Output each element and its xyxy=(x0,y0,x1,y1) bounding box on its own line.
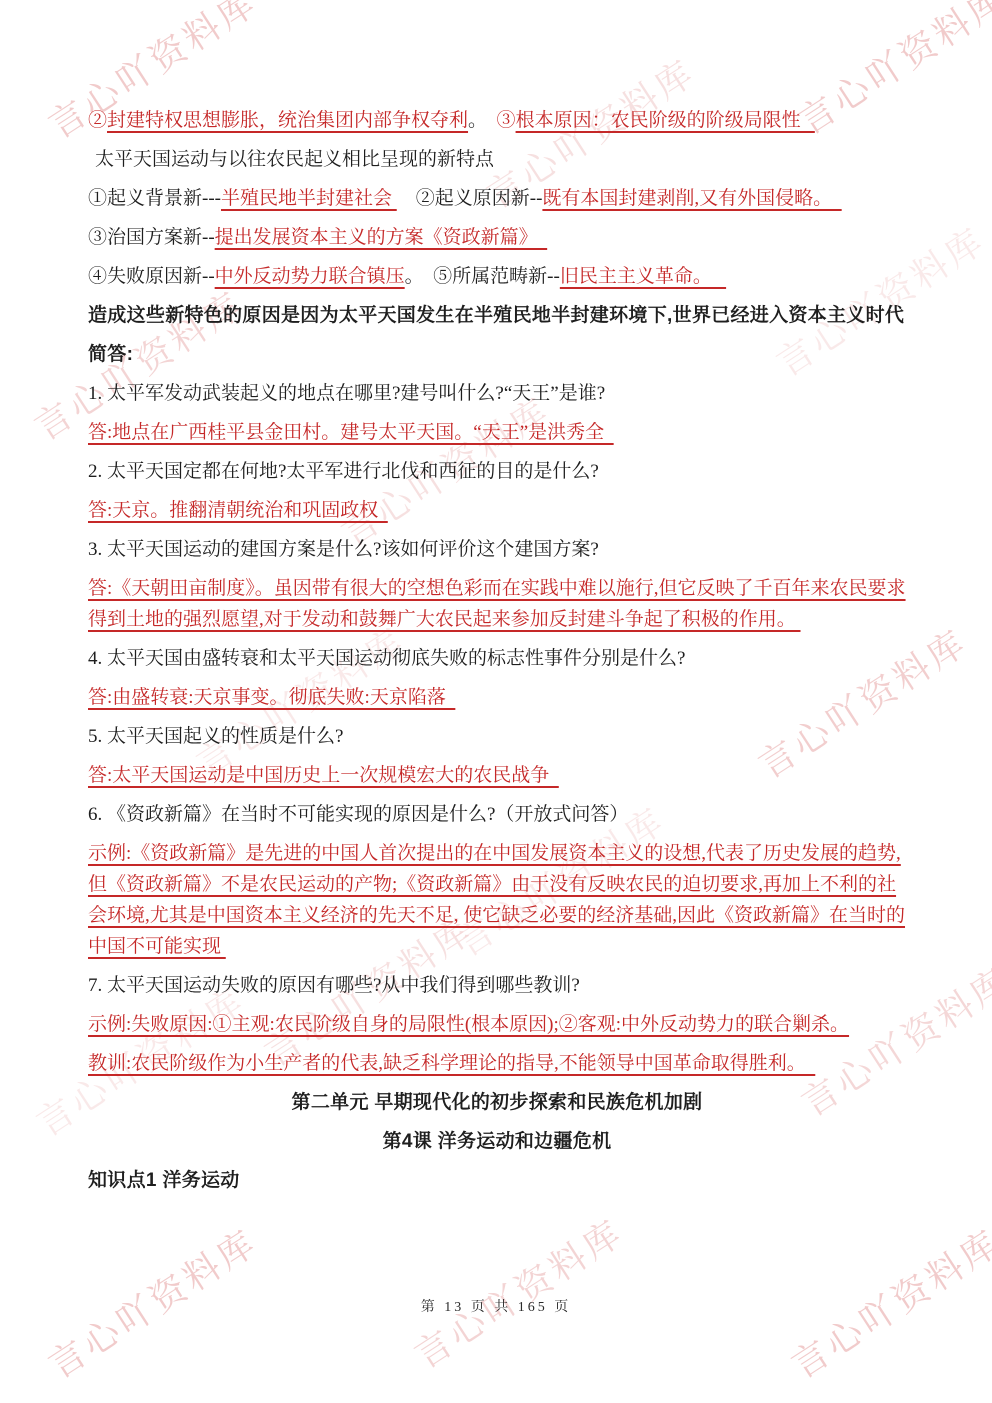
answer-7-reasons: 示例:失败原因:①主观:农民阶级自身的局限性(根本原因);②客观:中外反动势力的… xyxy=(88,1009,906,1040)
text-black: 4. 太平天国由盛转衰和太平天国运动彻底失败的标志性事件分别是什么? xyxy=(88,648,685,669)
short-answer-heading: 简答: xyxy=(88,339,906,370)
text-red-underline: 提出发展资本主义的方案《资政新篇》 xyxy=(215,227,548,248)
text-red-underline: 教训:农民阶级作为小生产者的代表,缺乏科学理论的指导,不能领导中国革命取得胜利。 xyxy=(88,1053,815,1074)
text-black: 第二单元 早期现代化的初步探索和民族危机加剧 xyxy=(292,1092,703,1113)
new-feature-1-2: ①起义背景新---半殖民地半封建社会 ②起义原因新--既有本国封建剥削,又有外国… xyxy=(88,183,906,214)
text-red-underline: 答:由盛转衰:天京事变。彻底失败:天京陷落 xyxy=(88,687,455,708)
text-black: 1. 太平军发动武装起义的地点在哪里?建号叫什么?“天王”是谁? xyxy=(88,383,605,404)
answer-7-lesson: 教训:农民阶级作为小生产者的代表,缺乏科学理论的指导,不能领导中国革命取得胜利。 xyxy=(88,1048,906,1079)
text-red: ③ xyxy=(497,110,516,131)
text-black: ④失败原因新-- xyxy=(88,266,215,287)
text-black: 7. 太平天国运动失败的原因有哪些?从中我们得到哪些教训? xyxy=(88,975,580,996)
text-black: 5. 太平天国起义的性质是什么? xyxy=(88,726,343,747)
text-black: 6. 《资政新篇》在当时不可能实现的原因是什么?（开放式问答） xyxy=(88,804,628,825)
answer-1: 答:地点在广西桂平县金田村。建号太平天国。“天王”是洪秀全 xyxy=(88,417,906,448)
text-red-underline: 示例:失败原因:①主观:农民阶级自身的局限性(根本原因);②客观:中外反动势力的… xyxy=(88,1014,849,1035)
question-7: 7. 太平天国运动失败的原因有哪些?从中我们得到哪些教训? xyxy=(88,970,906,1001)
text-red-underline: 旧民主主义革命。 xyxy=(560,266,726,287)
question-3: 3. 太平天国运动的建国方案是什么?该如何评价这个建国方案? xyxy=(88,534,906,565)
answer-5: 答:太平天国运动是中国历史上一次规模宏大的农民战争 xyxy=(88,760,906,791)
answer-3: 答:《天朝田亩制度》。虽因带有很大的空想色彩而在实践中难以施行,但它反映了千百年… xyxy=(88,573,906,635)
new-features-reason: 造成这些新特色的原因是因为太平天国发生在半殖民地半封建环境下,世界已经进入资本主… xyxy=(88,300,906,331)
question-5: 5. 太平天国起义的性质是什么? xyxy=(88,721,906,752)
text-black: ③治国方案新-- xyxy=(88,227,215,248)
text-red-underline: 答:《天朝田亩制度》。虽因带有很大的空想色彩而在实践中难以施行,但它反映了千百年… xyxy=(88,578,906,630)
document-body: ②封建特权思想膨胀，统治集团内部争权夺利。 ③根本原因：农民阶级的阶级局限性 太… xyxy=(88,105,906,1204)
text-black: 造成这些新特色的原因是因为太平天国发生在半殖民地半封建环境下,世界已经进入资本主… xyxy=(88,305,904,326)
answer-4: 答:由盛转衰:天京事变。彻底失败:天京陷落 xyxy=(88,682,906,713)
question-4: 4. 太平天国由盛转衰和太平天国运动彻底失败的标志性事件分别是什么? xyxy=(88,643,906,674)
text-red-underline: 答:地点在广西桂平县金田村。建号太平天国。“天王”是洪秀全 xyxy=(88,422,614,443)
page-footer: 第 13 页 共 165 页 xyxy=(0,1296,992,1316)
text-black: ②起义原因新-- xyxy=(397,188,543,209)
text-black: 。 xyxy=(468,110,497,131)
text-red-underline: 既有本国封建剥削,又有外国侵略。 xyxy=(542,188,841,209)
question-1: 1. 太平军发动武装起义的地点在哪里?建号叫什么?“天王”是谁? xyxy=(88,378,906,409)
text-black: 简答: xyxy=(88,344,133,365)
new-features-intro: 太平天国运动与以往农民起义相比呈现的新特点 xyxy=(88,144,906,175)
text-red-underline: 半殖民地半封建社会 xyxy=(221,188,397,209)
answer-6: 示例:《资政新篇》是先进的中国人首次提出的在中国发展资本主义的设想,代表了历史发… xyxy=(88,838,906,962)
failure-causes-2-3: ②封建特权思想膨胀，统治集团内部争权夺利。 ③根本原因：农民阶级的阶级局限性 xyxy=(88,105,906,136)
text-red-underline: 根本原因：农民阶级的阶级局限性 xyxy=(516,110,815,131)
text-black: 知识点1 洋务运动 xyxy=(88,1170,240,1191)
text-black: 2. 太平天国定都在何地?太平军进行北伐和西征的目的是什么? xyxy=(88,461,599,482)
answer-2: 答:天京。推翻清朝统治和巩固政权 xyxy=(88,495,906,526)
knowledge-point-1: 知识点1 洋务运动 xyxy=(88,1165,906,1196)
text-black: 。 ⑤所属范畴新-- xyxy=(405,266,560,287)
document-page: 言心吖资料库言心吖资料库言心吖资料库言心吖资料库言心吖资料库言心吖资料库言心吖资… xyxy=(0,0,992,1403)
lesson-4-heading: 第4课 洋务运动和边疆危机 xyxy=(88,1126,906,1157)
text-red-underline: 封建特权思想膨胀，统治集团内部争权夺利 xyxy=(107,110,468,131)
text-black: ①起义背景新--- xyxy=(88,188,221,209)
new-feature-4-5: ④失败原因新--中外反动势力联合镇压。 ⑤所属范畴新--旧民主主义革命。 xyxy=(88,261,906,292)
question-6: 6. 《资政新篇》在当时不可能实现的原因是什么?（开放式问答） xyxy=(88,799,906,830)
text-red-underline: 答:天京。推翻清朝统治和巩固政权 xyxy=(88,500,388,521)
unit-2-heading: 第二单元 早期现代化的初步探索和民族危机加剧 xyxy=(88,1087,906,1118)
text-red-underline: 中外反动势力联合镇压 xyxy=(215,266,405,287)
text-red-underline: 答:太平天国运动是中国历史上一次规模宏大的农民战争 xyxy=(88,765,559,786)
watermark-text: 言心吖资料库 xyxy=(403,1205,632,1378)
text-black: 3. 太平天国运动的建国方案是什么?该如何评价这个建国方案? xyxy=(88,539,599,560)
new-feature-3: ③治国方案新--提出发展资本主义的方案《资政新篇》 xyxy=(88,222,906,253)
text-black: 太平天国运动与以往农民起义相比呈现的新特点 xyxy=(95,149,494,170)
text-black: 第4课 洋务运动和边疆危机 xyxy=(383,1131,612,1152)
question-2: 2. 太平天国定都在何地?太平军进行北伐和西征的目的是什么? xyxy=(88,456,906,487)
text-red-underline: 示例:《资政新篇》是先进的中国人首次提出的在中国发展资本主义的设想,代表了历史发… xyxy=(88,843,905,957)
text-red: ② xyxy=(88,110,107,131)
